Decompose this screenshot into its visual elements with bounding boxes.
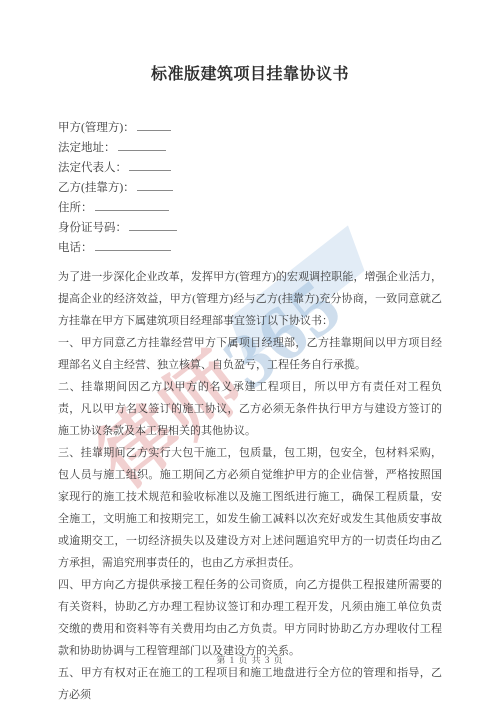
document-page: 律师365 标准版建筑项目挂靠协议书 甲方(管理方)： 法定地址： 法定代表人：… bbox=[0, 0, 500, 706]
field-residence-label: 住所： bbox=[58, 202, 93, 214]
field-legal-address-label: 法定地址： bbox=[58, 142, 116, 154]
field-residence: 住所： bbox=[58, 198, 442, 218]
document-body: 为了进一步深化企业改革，发挥甲方(管理方)的宏观调控职能，增强企业活力，提高企业… bbox=[58, 266, 442, 706]
field-legal-representative-blank-line bbox=[129, 158, 171, 171]
document-title: 标准版建筑项目挂靠协议书 bbox=[58, 64, 442, 86]
paragraph-intro: 为了进一步深化企业改革，发挥甲方(管理方)的宏观调控职能，增强企业活力，提高企业… bbox=[58, 266, 442, 332]
field-legal-address-blank-line bbox=[118, 138, 166, 151]
field-party-a: 甲方(管理方)： bbox=[58, 118, 442, 138]
field-phone: 电话： bbox=[58, 238, 442, 258]
field-legal-representative: 法定代表人： bbox=[58, 158, 442, 178]
paragraph-clause-4: 四、甲方向乙方提供承接工程任务的公司资质，向乙方提供工程报建所需要的有关资料，协… bbox=[58, 574, 442, 662]
form-fields: 甲方(管理方)： 法定地址： 法定代表人： 乙方(挂靠方)： 住所： 身份证号码… bbox=[58, 118, 442, 258]
field-legal-address: 法定地址： bbox=[58, 138, 442, 158]
field-party-b-label: 乙方(挂靠方)： bbox=[58, 182, 135, 194]
paragraph-clause-2: 二、挂靠期间因乙方以甲方的名义承建工程项目，所以甲方有责任对工程负责，凡以甲方名… bbox=[58, 376, 442, 442]
field-legal-representative-label: 法定代表人： bbox=[58, 162, 127, 174]
field-party-a-blank-line bbox=[137, 118, 171, 131]
paragraph-clause-3: 三、挂靠期间乙方实行大包干施工，包质量，包工期，包安全，包材料采购，包人员与施工… bbox=[58, 442, 442, 574]
field-party-a-label: 甲方(管理方)： bbox=[58, 122, 135, 134]
field-id-number-label: 身份证号码： bbox=[58, 222, 127, 234]
paragraph-clause-1: 一、甲方同意乙方挂靠经营甲方下属项目经理部，乙方挂靠期间以甲方项目经理部名义自主… bbox=[58, 332, 442, 376]
field-phone-blank-line bbox=[95, 238, 171, 251]
field-phone-label: 电话： bbox=[58, 242, 93, 254]
paragraph-clause-5: 五、甲方有权对正在施工的工程项目和施工地盘进行全方位的管理和指导，乙方必须 bbox=[58, 662, 442, 706]
field-party-b: 乙方(挂靠方)： bbox=[58, 178, 442, 198]
document-content: 标准版建筑项目挂靠协议书 甲方(管理方)： 法定地址： 法定代表人： 乙方(挂靠… bbox=[58, 64, 442, 706]
field-party-b-blank-line bbox=[137, 178, 173, 191]
field-id-number-blank-line bbox=[129, 218, 177, 231]
field-residence-blank-line bbox=[95, 198, 169, 211]
page-footer: 第 1 页 共 3 页 bbox=[0, 653, 500, 666]
field-id-number: 身份证号码： bbox=[58, 218, 442, 238]
